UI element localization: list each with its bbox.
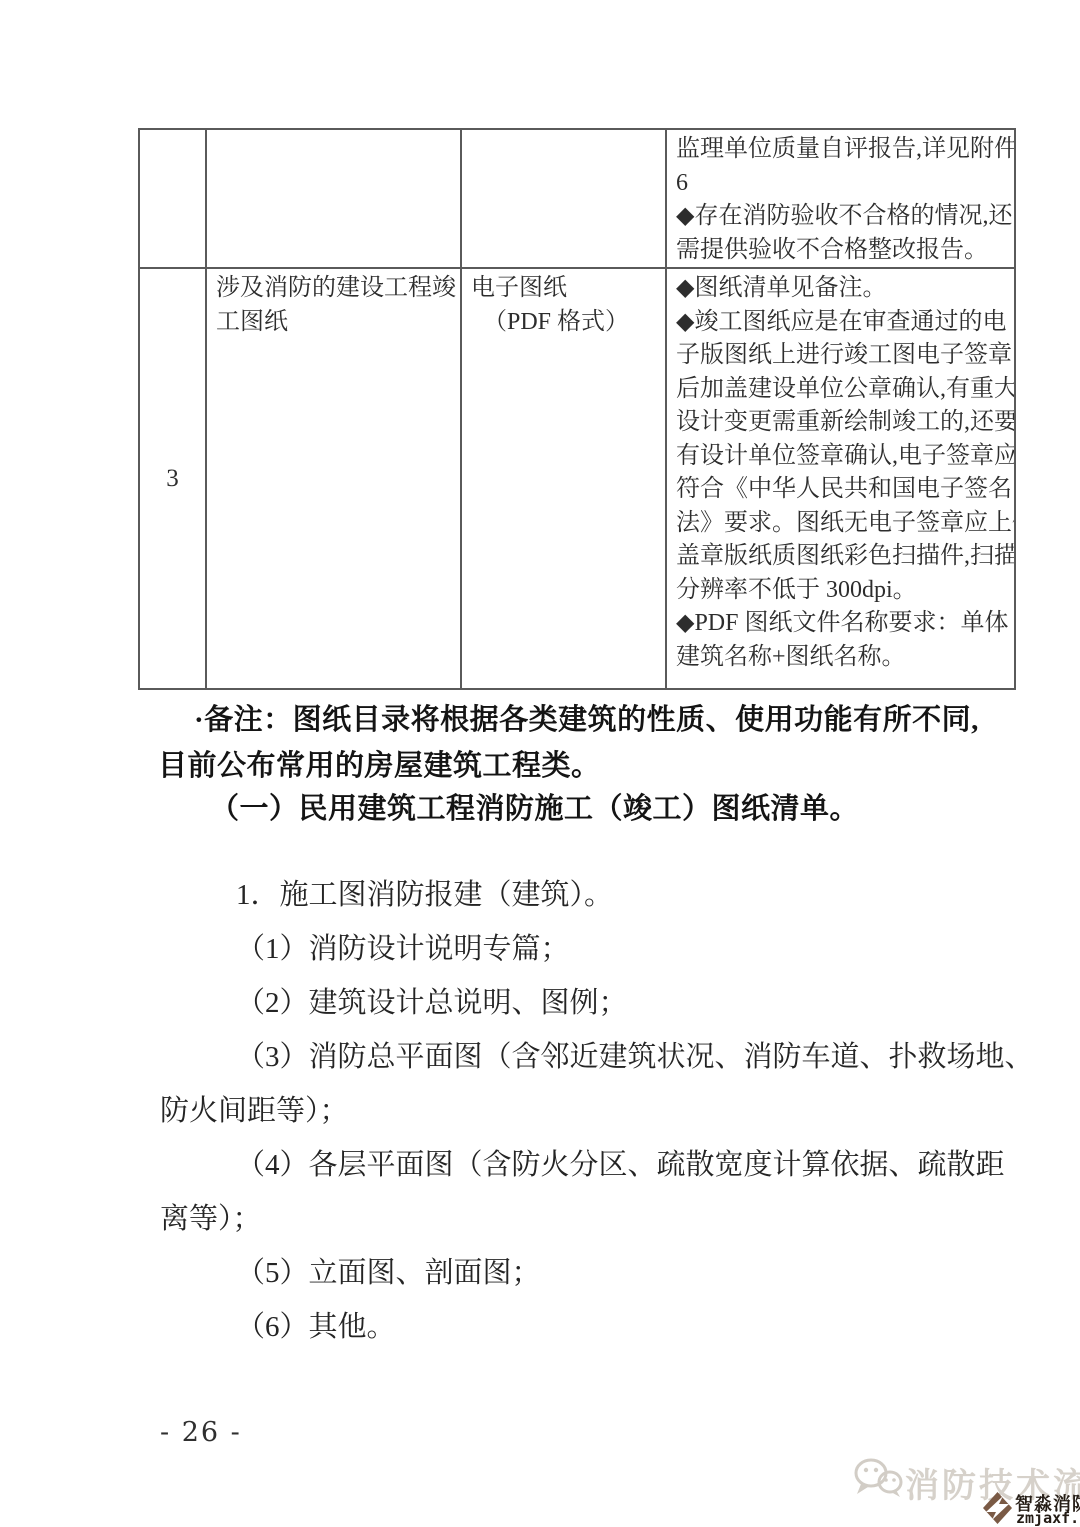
section-heading: （一）民用建筑工程消防施工（竣工）图纸清单。 (210, 792, 859, 826)
table-row: 监理单位质量自评报告,详见附件 6 ◆存在消防验收不合格的情况,还 需提供验收不… (139, 129, 1015, 268)
row-number-cell (139, 129, 206, 268)
list-item: （1）消防设计说明专篇； (160, 922, 1070, 976)
requirements-cell: ◆图纸清单见备注。 ◆竣工图纸应是在审查通过的电 子版图纸上进行竣工图电子签章 … (666, 268, 1015, 689)
format-cell (461, 129, 666, 268)
document-page: 监理单位质量自评报告,详见附件 6 ◆存在消防验收不合格的情况,还 需提供验收不… (0, 0, 1080, 1527)
page-number: - 26 - (160, 1417, 242, 1448)
wechat-icon (852, 1456, 904, 1503)
requirements-cell: 监理单位质量自评报告,详见附件 6 ◆存在消防验收不合格的情况,还 需提供验收不… (666, 129, 1015, 268)
row-number-cell: 3 (139, 268, 206, 689)
table-row: 3 涉及消防的建设工程竣 工图纸 电子图纸 （PDF 格式） ◆图纸清单见备注。… (139, 268, 1015, 689)
list-item: （5）立面图、剖面图； (160, 1246, 1070, 1300)
list-item: （3）消防总平面图（含邻近建筑状况、消防车道、扑救场地、 防火间距等）； (160, 1030, 1070, 1138)
list-item: （6）其他。 (160, 1300, 1070, 1354)
list-item: （4）各层平面图（含防火分区、疏散宽度计算依据、疏散距 离等）； (160, 1138, 1070, 1246)
remark-paragraph: ·备注：图纸目录将根据各类建筑的性质、使用功能有所不同, 目前公布常用的房屋建筑… (158, 697, 1063, 789)
drawing-list: 1．施工图消防报建（建筑）。 （1）消防设计说明专篇； （2）建筑设计总说明、图… (160, 868, 1070, 1354)
list-item: （2）建筑设计总说明、图例； (160, 976, 1070, 1030)
list-item: 1．施工图消防报建（建筑）。 (160, 868, 1070, 922)
requirements-table: 监理单位质量自评报告,详见附件 6 ◆存在消防验收不合格的情况,还 需提供验收不… (138, 128, 1016, 690)
item-name-cell: 涉及消防的建设工程竣 工图纸 (206, 268, 461, 689)
zhimiao-website: zmjaxf.com (1016, 1509, 1080, 1527)
zhimiao-logo-icon (982, 1491, 1013, 1527)
format-cell: 电子图纸 （PDF 格式） (461, 268, 666, 689)
item-name-cell (206, 129, 461, 268)
